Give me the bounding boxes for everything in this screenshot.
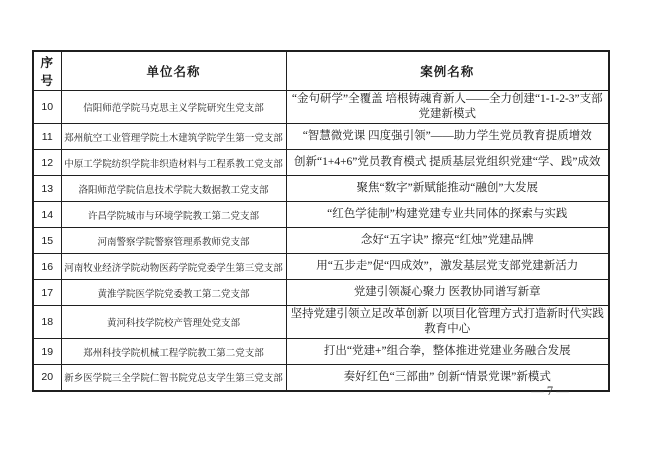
case-name-cell: 党建引领凝心聚力 医教协同谱写新章 <box>286 280 609 306</box>
table-row: 17黄淮学院医学院党委教工第二党支部党建引领凝心聚力 医教协同谱写新章 <box>33 280 609 306</box>
row-number-cell: 19 <box>33 339 61 365</box>
page-number: — 7 — <box>505 384 595 399</box>
unit-name-cell: 黄淮学院医学院党委教工第二党支部 <box>61 280 286 306</box>
case-name-cell: 念好“五字诀” 擦亮“红烛”党建品牌 <box>286 228 609 254</box>
table-row: 16河南牧业经济学院动物医药学院党委学生第三党支部用“五步走”促“四成效”，激发… <box>33 254 609 280</box>
header-serial-number: 序号 <box>33 51 61 91</box>
row-number-cell: 14 <box>33 202 61 228</box>
unit-name-cell: 河南牧业经济学院动物医药学院党委学生第三党支部 <box>61 254 286 280</box>
row-number-cell: 18 <box>33 306 61 339</box>
unit-name-cell: 洛阳师范学院信息技术学院大数据教工党支部 <box>61 176 286 202</box>
row-number-cell: 15 <box>33 228 61 254</box>
unit-name-cell: 河南警察学院警察管理系教师党支部 <box>61 228 286 254</box>
header-case-name: 案例名称 <box>286 51 609 91</box>
case-name-cell: 创新“1+4+6”党员教育模式 提质基层党组织党建“学、践”成效 <box>286 150 609 176</box>
row-number-cell: 20 <box>33 365 61 391</box>
row-number-cell: 13 <box>33 176 61 202</box>
unit-name-cell: 郑州航空工业管理学院土木建筑学院学生第一党支部 <box>61 124 286 150</box>
table-row: 10信阳师范学院马克思主义学院研究生党支部“金句研学”全覆盖 培根铸魂育新人——… <box>33 91 609 124</box>
unit-name-cell: 许昌学院城市与环境学院教工第二党支部 <box>61 202 286 228</box>
row-number-cell: 17 <box>33 280 61 306</box>
unit-name-cell: 中原工学院纺织学院非织造材料与工程系教工党支部 <box>61 150 286 176</box>
table-row: 11郑州航空工业管理学院土木建筑学院学生第一党支部“智慧微党课 四度强引领”——… <box>33 124 609 150</box>
table-row: 18黄河科技学院校产管理处党支部坚持党建引领立足改革创新 以项目化管理方式打造新… <box>33 306 609 339</box>
case-name-cell: 用“五步走”促“四成效”，激发基层党支部党建新活力 <box>286 254 609 280</box>
header-row: 序号 单位名称 案例名称 <box>33 51 609 91</box>
row-number-cell: 10 <box>33 91 61 124</box>
case-name-cell: “红色学徒制”构建党建专业共同体的探索与实践 <box>286 202 609 228</box>
table-row: 19郑州科技学院机械工程学院教工第二党支部打出“党建+”组合拳，整体推进党建业务… <box>33 339 609 365</box>
document-page: 序号 单位名称 案例名称 10信阳师范学院马克思主义学院研究生党支部“金句研学”… <box>0 0 660 465</box>
case-name-cell: 坚持党建引领立足改革创新 以项目化管理方式打造新时代实践教育中心 <box>286 306 609 339</box>
case-name-cell: “金句研学”全覆盖 培根铸魂育新人——全力创建“1-1-2-3”支部党建新模式 <box>286 91 609 124</box>
table-row: 13洛阳师范学院信息技术学院大数据教工党支部聚焦“数字”新赋能推动“融创”大发展 <box>33 176 609 202</box>
row-number-cell: 11 <box>33 124 61 150</box>
unit-name-cell: 黄河科技学院校产管理处党支部 <box>61 306 286 339</box>
unit-name-cell: 郑州科技学院机械工程学院教工第二党支部 <box>61 339 286 365</box>
row-number-cell: 16 <box>33 254 61 280</box>
case-name-cell: “智慧微党课 四度强引领”——助力学生党员教育提质增效 <box>286 124 609 150</box>
unit-name-cell: 新乡医学院三全学院仁智书院党总支学生第三党支部 <box>61 365 286 391</box>
case-name-cell: 打出“党建+”组合拳，整体推进党建业务融合发展 <box>286 339 609 365</box>
table-row: 12中原工学院纺织学院非织造材料与工程系教工党支部创新“1+4+6”党员教育模式… <box>33 150 609 176</box>
header-unit-name: 单位名称 <box>61 51 286 91</box>
table-row: 14许昌学院城市与环境学院教工第二党支部“红色学徒制”构建党建专业共同体的探索与… <box>33 202 609 228</box>
unit-name-cell: 信阳师范学院马克思主义学院研究生党支部 <box>61 91 286 124</box>
case-name-cell: 聚焦“数字”新赋能推动“融创”大发展 <box>286 176 609 202</box>
row-number-cell: 12 <box>33 150 61 176</box>
table-row: 15河南警察学院警察管理系教师党支部念好“五字诀” 擦亮“红烛”党建品牌 <box>33 228 609 254</box>
case-table: 序号 单位名称 案例名称 10信阳师范学院马克思主义学院研究生党支部“金句研学”… <box>32 50 610 392</box>
